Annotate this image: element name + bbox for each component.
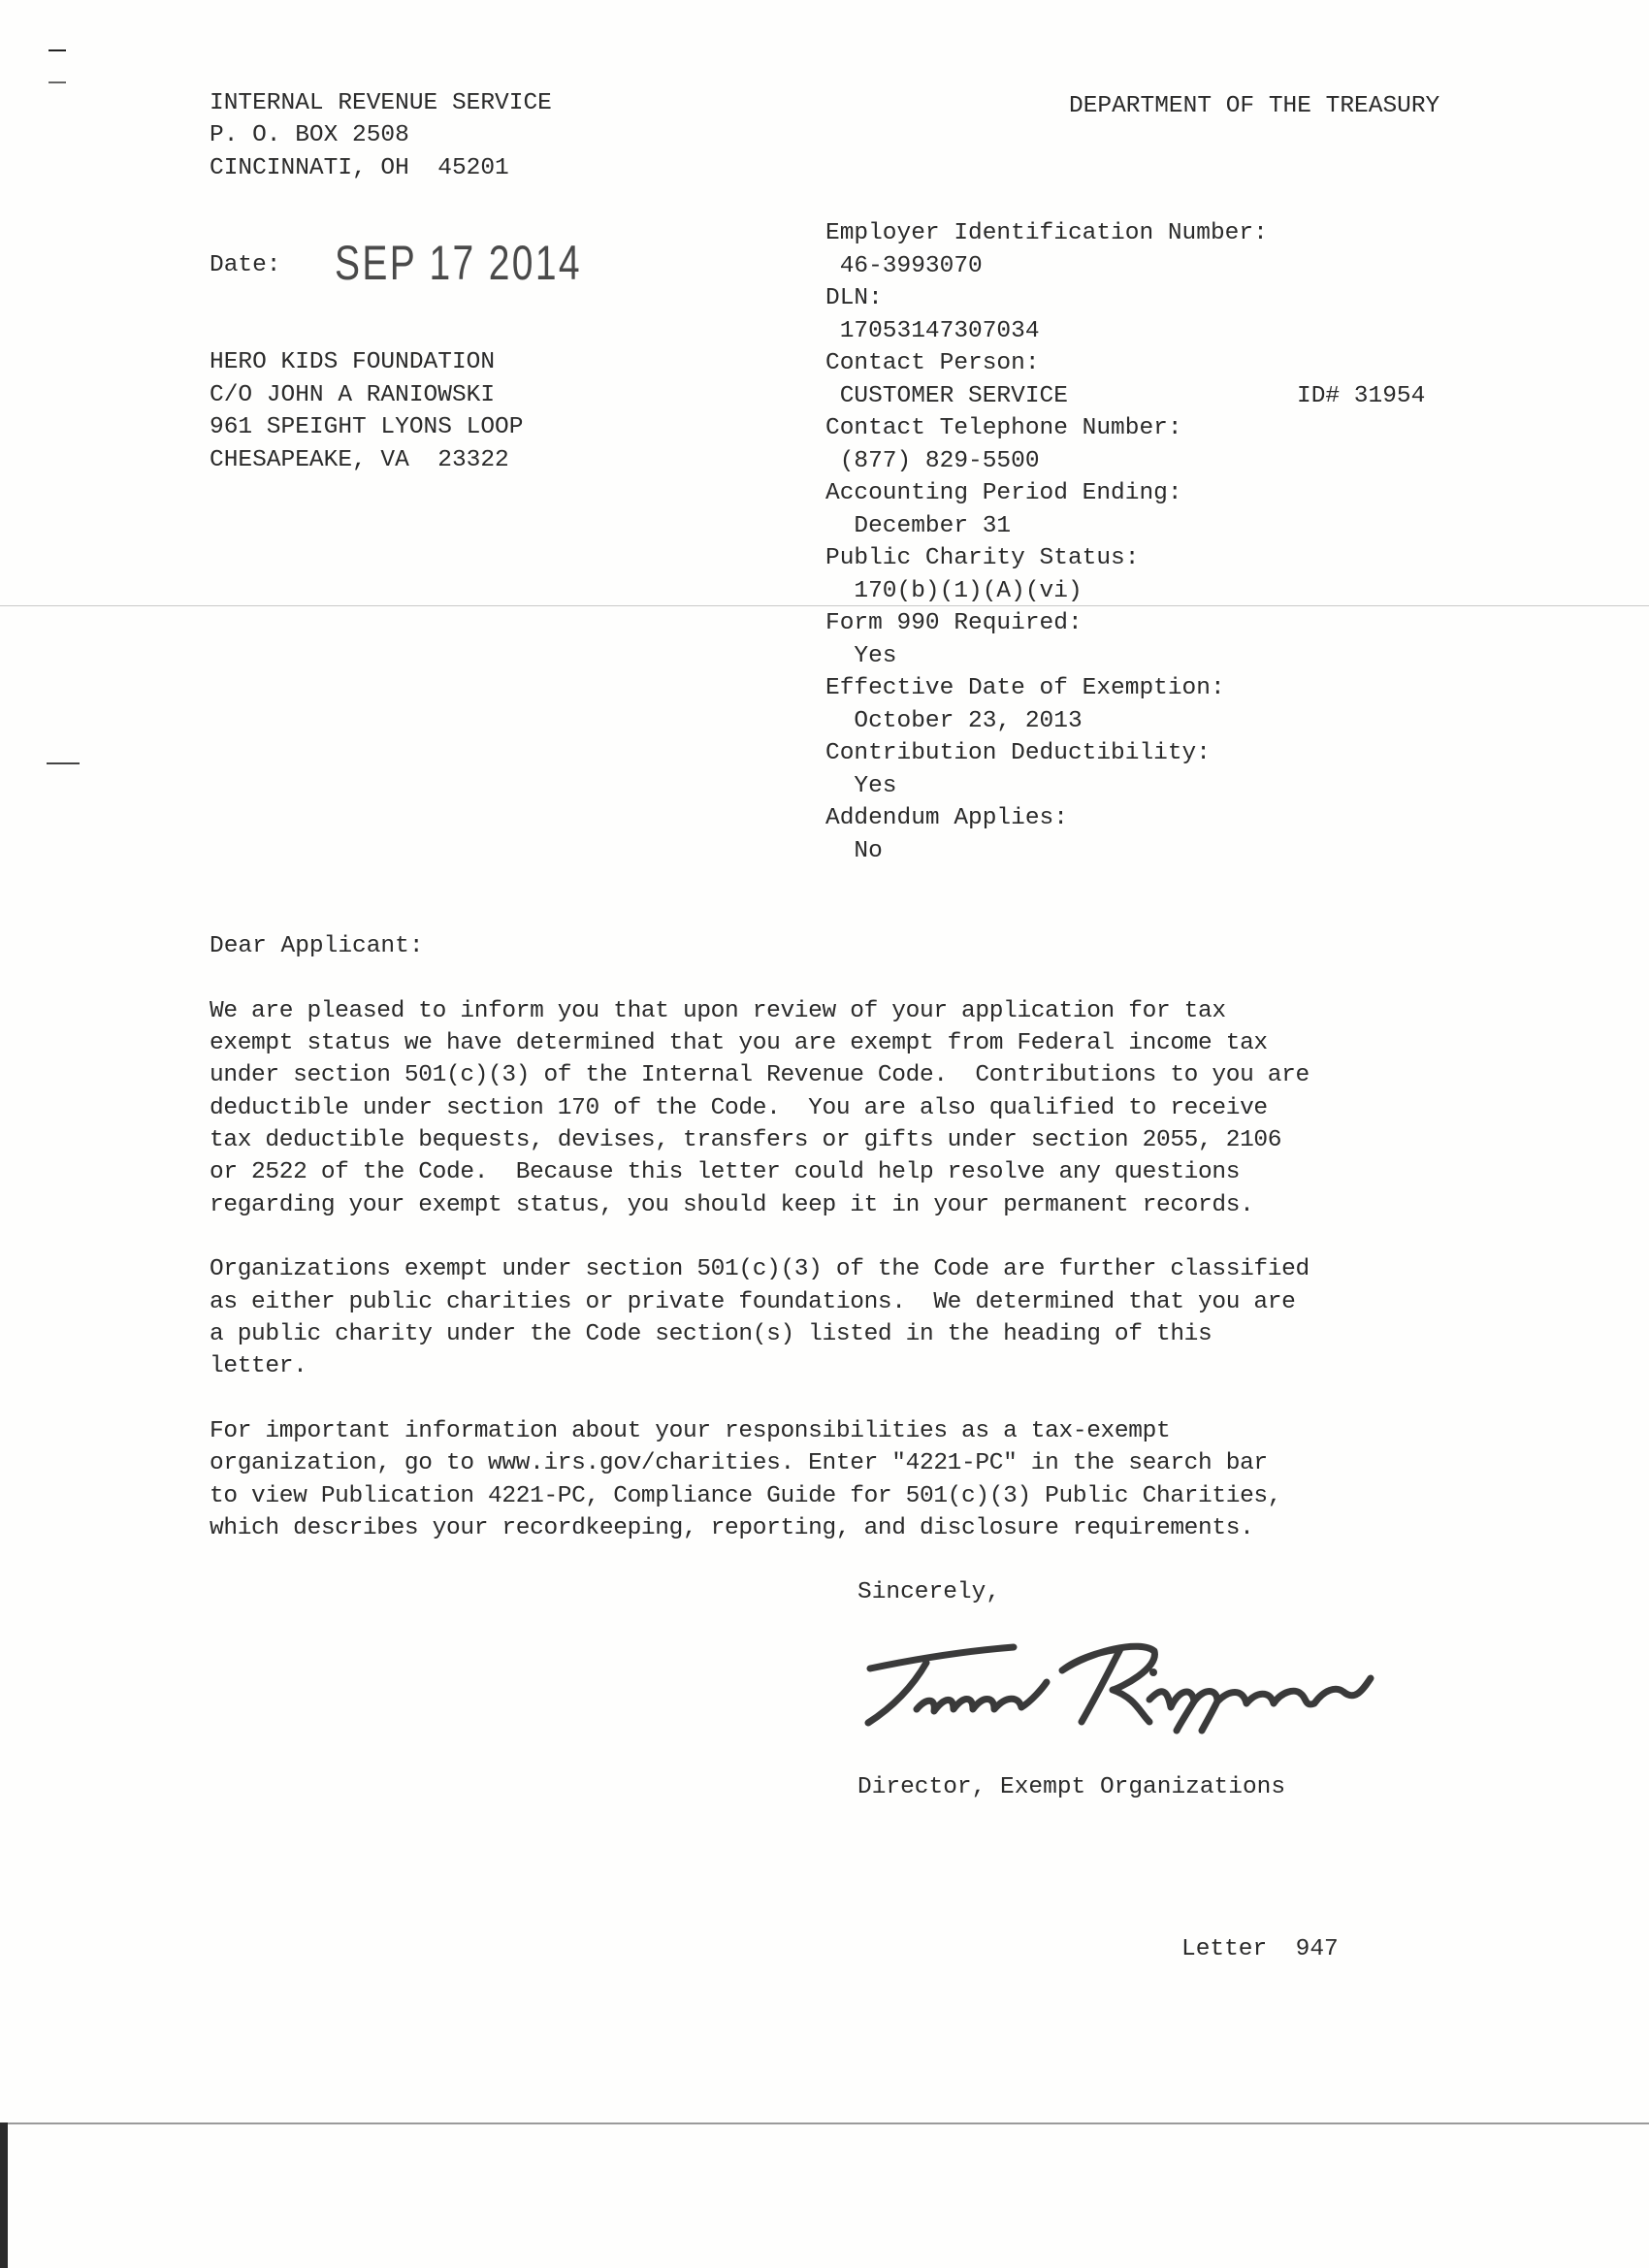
recipient-line-4: CHESAPEAKE, VA 23322 [210, 444, 509, 477]
dln-label: DLN: [825, 282, 883, 315]
contact-value: CUSTOMER SERVICE [825, 380, 1068, 413]
sender-line-2: P. O. BOX 2508 [210, 119, 409, 152]
paragraph-line: under section 501(c)(3) of the Internal … [210, 1059, 1309, 1091]
paragraph-line: a public charity under the Code section(… [210, 1318, 1212, 1350]
paragraph-line: We are pleased to inform you that upon r… [210, 995, 1226, 1027]
dln-value: 17053147307034 [825, 315, 1040, 348]
paragraph-line: tax deductible bequests, devises, transf… [210, 1124, 1281, 1156]
sender-line-1: INTERNAL REVENUE SERVICE [210, 87, 552, 120]
phone-label: Contact Telephone Number: [825, 412, 1182, 445]
effective-date-value: October 23, 2013 [825, 705, 1083, 738]
addendum-label: Addendum Applies: [825, 802, 1068, 835]
date-stamp: SEP 17 2014 [335, 235, 582, 291]
signer-title: Director, Exempt Organizations [857, 1771, 1285, 1804]
form990-label: Form 990 Required: [825, 607, 1083, 640]
paragraph-line: letter. [210, 1350, 307, 1382]
paragraph-line: organization, go to www.irs.gov/charitie… [210, 1447, 1268, 1479]
department-heading: DEPARTMENT OF THE TREASURY [1069, 90, 1439, 123]
fold-line-lower [0, 2122, 1649, 2124]
scan-edge [0, 2122, 8, 2268]
punch-mark-middle [47, 762, 80, 764]
charity-status-value: 170(b)(1)(A)(vi) [825, 575, 1083, 608]
deductibility-value: Yes [825, 770, 897, 803]
period-value: December 31 [825, 510, 1011, 543]
phone-value: (877) 829-5500 [825, 445, 1040, 478]
closing-sincerely: Sincerely, [857, 1576, 1000, 1609]
recipient-line-2: C/O JOHN A RANIOWSKI [210, 379, 495, 412]
paragraph-line: exempt status we have determined that yo… [210, 1027, 1268, 1059]
punch-mark-top [48, 49, 66, 51]
date-label: Date: [210, 249, 281, 282]
paragraph-line: as either public charities or private fo… [210, 1286, 1296, 1318]
recipient-line-3: 961 SPEIGHT LYONS LOOP [210, 411, 523, 444]
paragraph-line: to view Publication 4221-PC, Compliance … [210, 1480, 1281, 1512]
paragraph-line: For important information about your res… [210, 1415, 1170, 1447]
ein-value: 46-3993070 [825, 250, 983, 283]
ein-label: Employer Identification Number: [825, 217, 1268, 250]
letter-number: Letter 947 [1181, 1933, 1339, 1966]
contact-label: Contact Person: [825, 347, 1040, 380]
paragraph-line: or 2522 of the Code. Because this letter… [210, 1156, 1240, 1188]
paragraph-line: which describes your recordkeeping, repo… [210, 1512, 1253, 1544]
fold-line-upper [0, 605, 1649, 606]
recipient-line-1: HERO KIDS FOUNDATION [210, 346, 495, 379]
punch-mark-top-2 [48, 81, 66, 83]
paragraph-line: Organizations exempt under section 501(c… [210, 1253, 1309, 1285]
paragraph-line: deductible under section 170 of the Code… [210, 1092, 1268, 1124]
period-label: Accounting Period Ending: [825, 477, 1182, 510]
addendum-value: No [825, 835, 883, 868]
effective-date-label: Effective Date of Exemption: [825, 672, 1225, 705]
sender-line-3: CINCINNATI, OH 45201 [210, 152, 509, 185]
form990-value: Yes [825, 640, 897, 673]
signature-icon [858, 1630, 1382, 1736]
charity-status-label: Public Charity Status: [825, 542, 1139, 575]
contact-id: ID# 31954 [1297, 380, 1425, 413]
deductibility-label: Contribution Deductibility: [825, 737, 1211, 770]
salutation: Dear Applicant: [210, 930, 424, 963]
paragraph-line: regarding your exempt status, you should… [210, 1189, 1253, 1221]
